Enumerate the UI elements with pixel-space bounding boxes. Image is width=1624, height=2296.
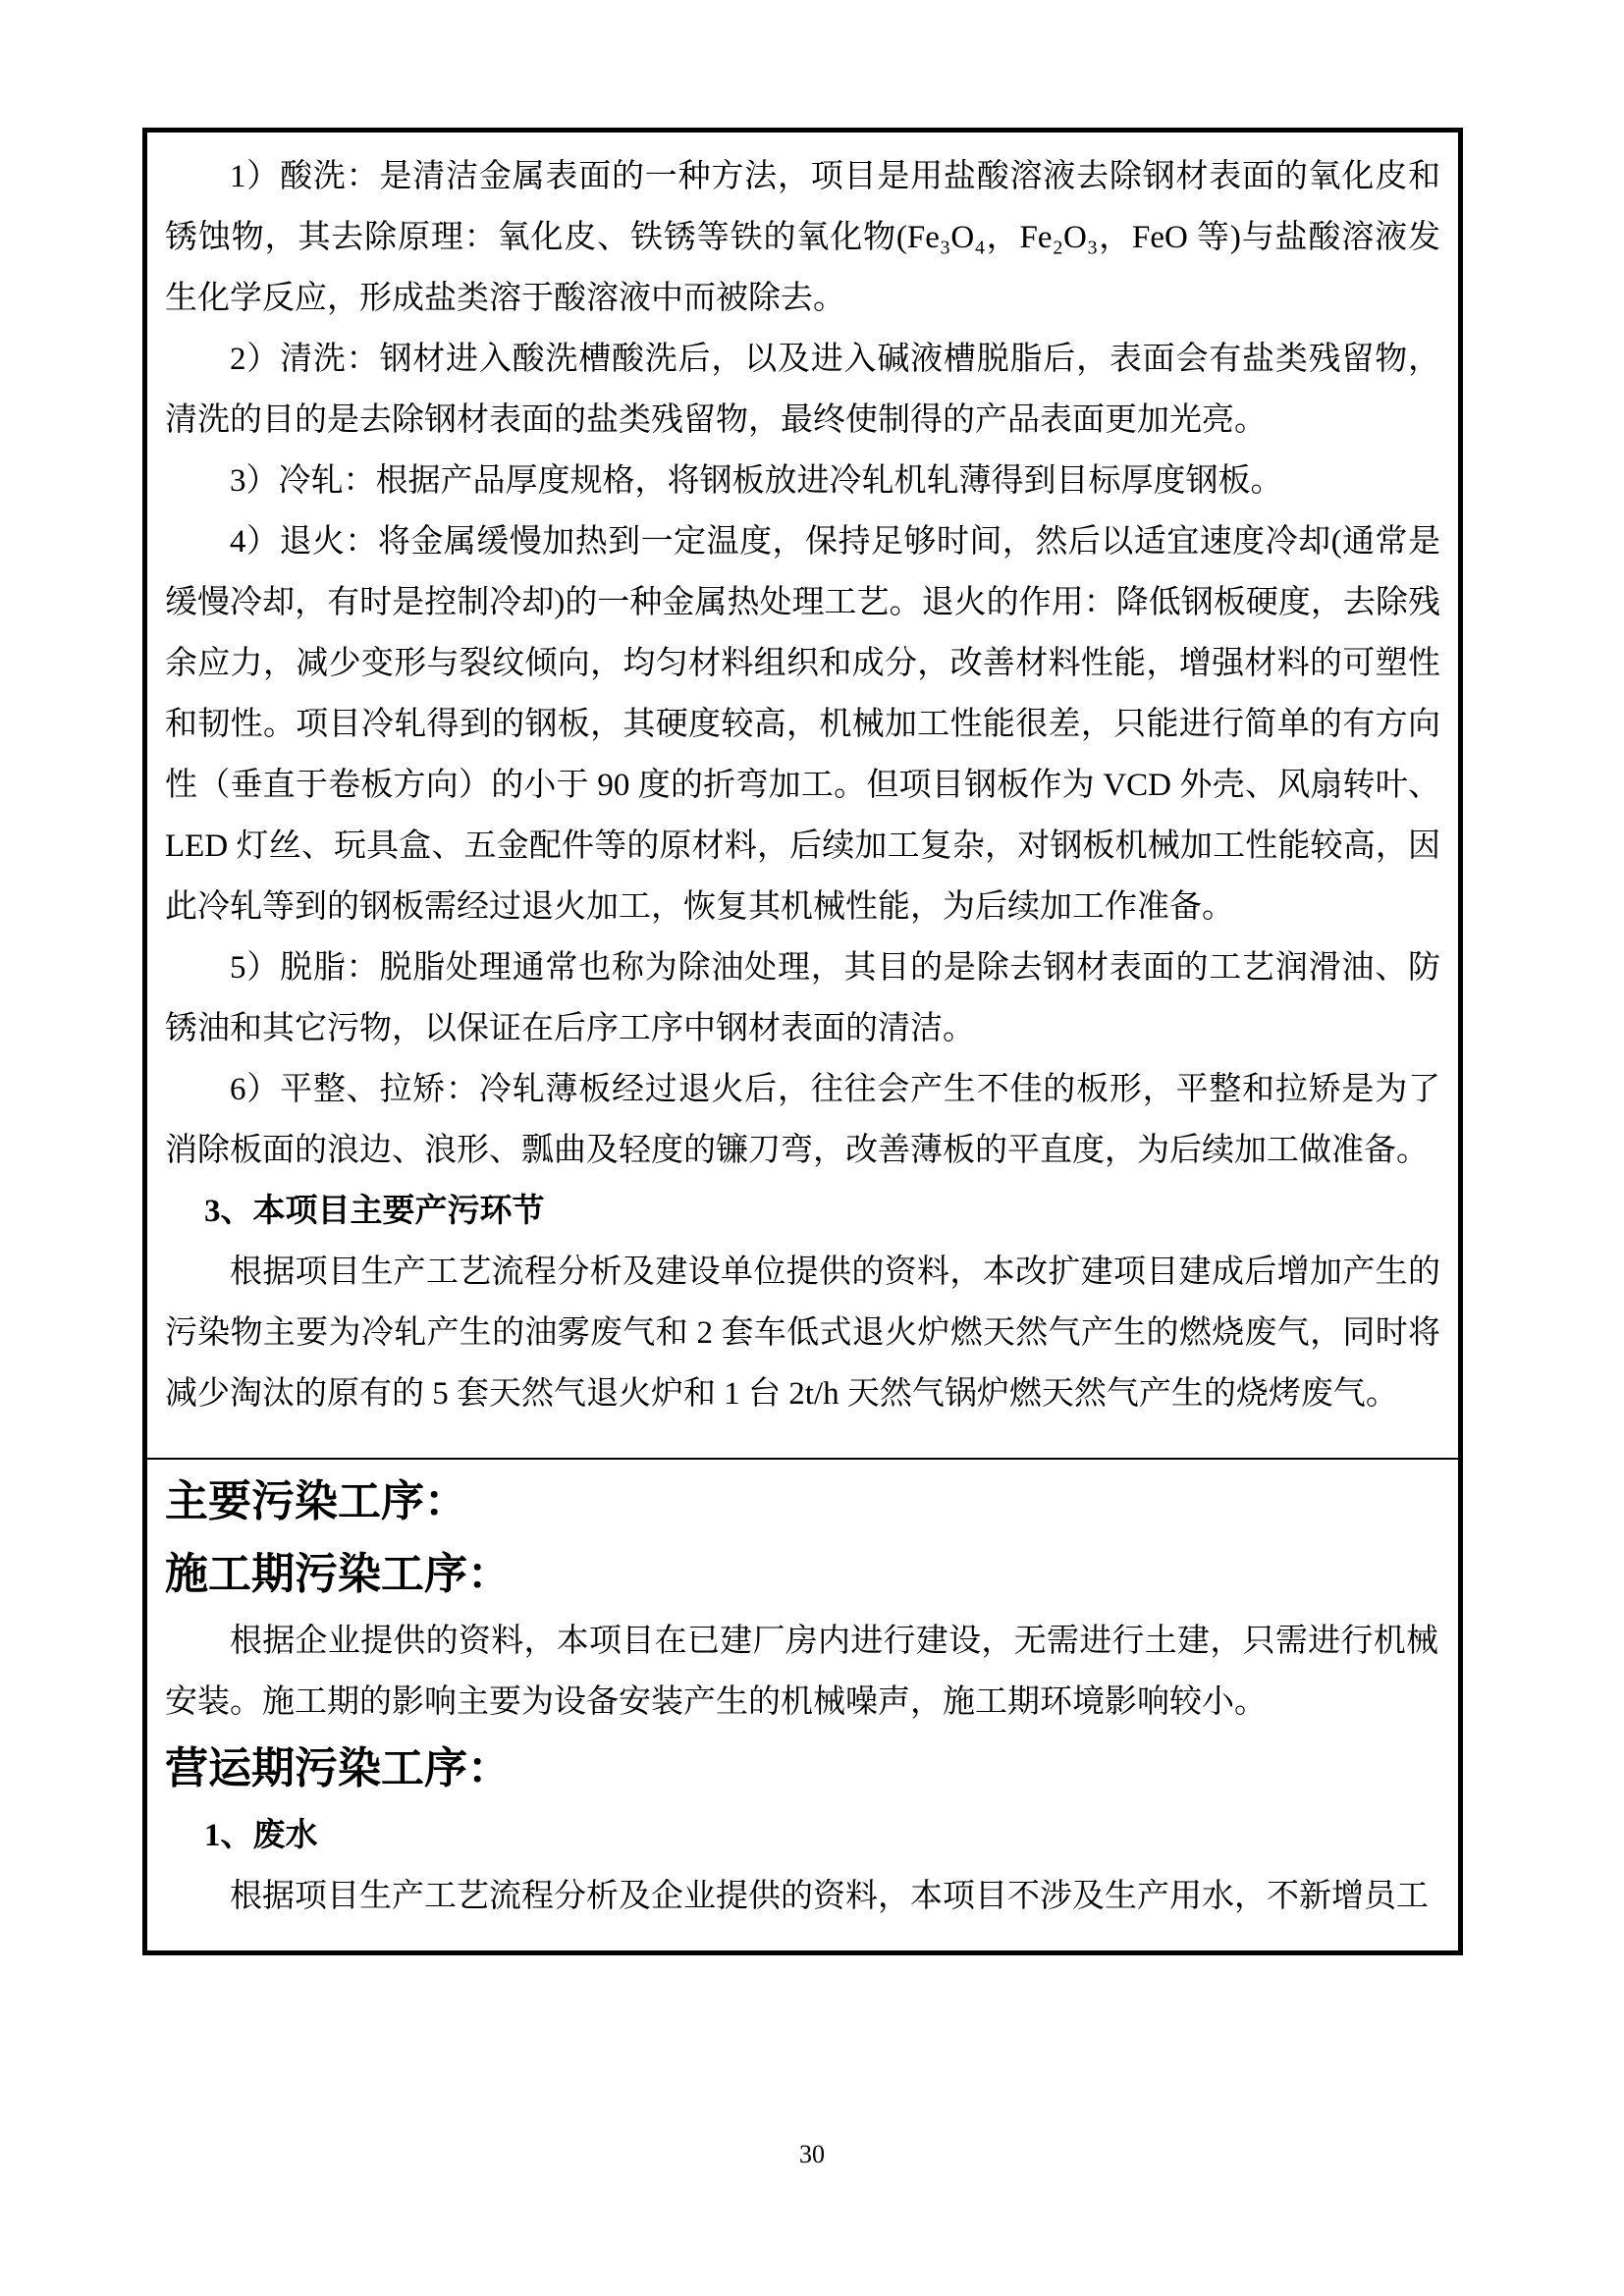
process-description-section: 1）酸洗：是清洁金属表面的一种方法，项目是用盐酸溶液去除钢材表面的氧化皮和锈蚀物… <box>147 133 1458 1458</box>
paragraph-cold-rolling: 3）冷轧：根据产品厚度规格，将钢板放进冷轧机轧薄得到目标厚度钢板。 <box>165 451 1440 511</box>
page-number: 30 <box>0 2140 1624 2169</box>
document-page: { "page_number": "30", "content": { "pro… <box>0 0 1624 2296</box>
heading-construction-period: 施工期污染工序： <box>165 1538 1438 1611</box>
paragraph-construction-period: 根据企业提供的资料，本项目在已建厂房内进行建设，无需进行土建，只需进行机械安装。… <box>165 1611 1438 1733</box>
heading-main-pollution-process: 主要污染工序： <box>165 1466 1438 1538</box>
content-table: 1）酸洗：是清洁金属表面的一种方法，项目是用盐酸溶液去除钢材表面的氧化皮和锈蚀物… <box>142 128 1463 1955</box>
paragraph-pollution-links-summary: 根据项目生产工艺流程分析及建设单位提供的资料，本改扩建项目建成后增加产生的污染物… <box>165 1242 1440 1424</box>
paragraph-wastewater: 根据项目生产工艺流程分析及企业提供的资料，本项目不涉及生产用水，不新增员工 <box>165 1866 1438 1927</box>
heading-pollution-links: 3、本项目主要产污环节 <box>165 1181 1440 1242</box>
paragraph-pickling: 1）酸洗：是清洁金属表面的一种方法，项目是用盐酸溶液去除钢材表面的氧化皮和锈蚀物… <box>165 146 1440 329</box>
heading-wastewater: 1、废水 <box>165 1805 1438 1866</box>
paragraph-leveling-straightening: 6）平整、拉矫：冷轧薄板经过退火后，往往会产生不佳的板形，平整和拉矫是为了消除板… <box>165 1059 1440 1181</box>
heading-operation-period: 营运期污染工序： <box>165 1733 1438 1805</box>
paragraph-cleaning: 2）清洗：钢材进入酸洗槽酸洗后，以及进入碱液槽脱脂后，表面会有盐类残留物，清洗的… <box>165 329 1440 451</box>
pollution-process-section: 主要污染工序： 施工期污染工序： 根据企业提供的资料，本项目在已建厂房内进行建设… <box>147 1458 1458 1950</box>
paragraph-degreasing: 5）脱脂：脱脂处理通常也称为除油处理，其目的是除去钢材表面的工艺润滑油、防锈油和… <box>165 937 1440 1059</box>
paragraph-annealing: 4）退火：将金属缓慢加热到一定温度，保持足够时间，然后以适宜速度冷却(通常是缓慢… <box>165 511 1440 937</box>
